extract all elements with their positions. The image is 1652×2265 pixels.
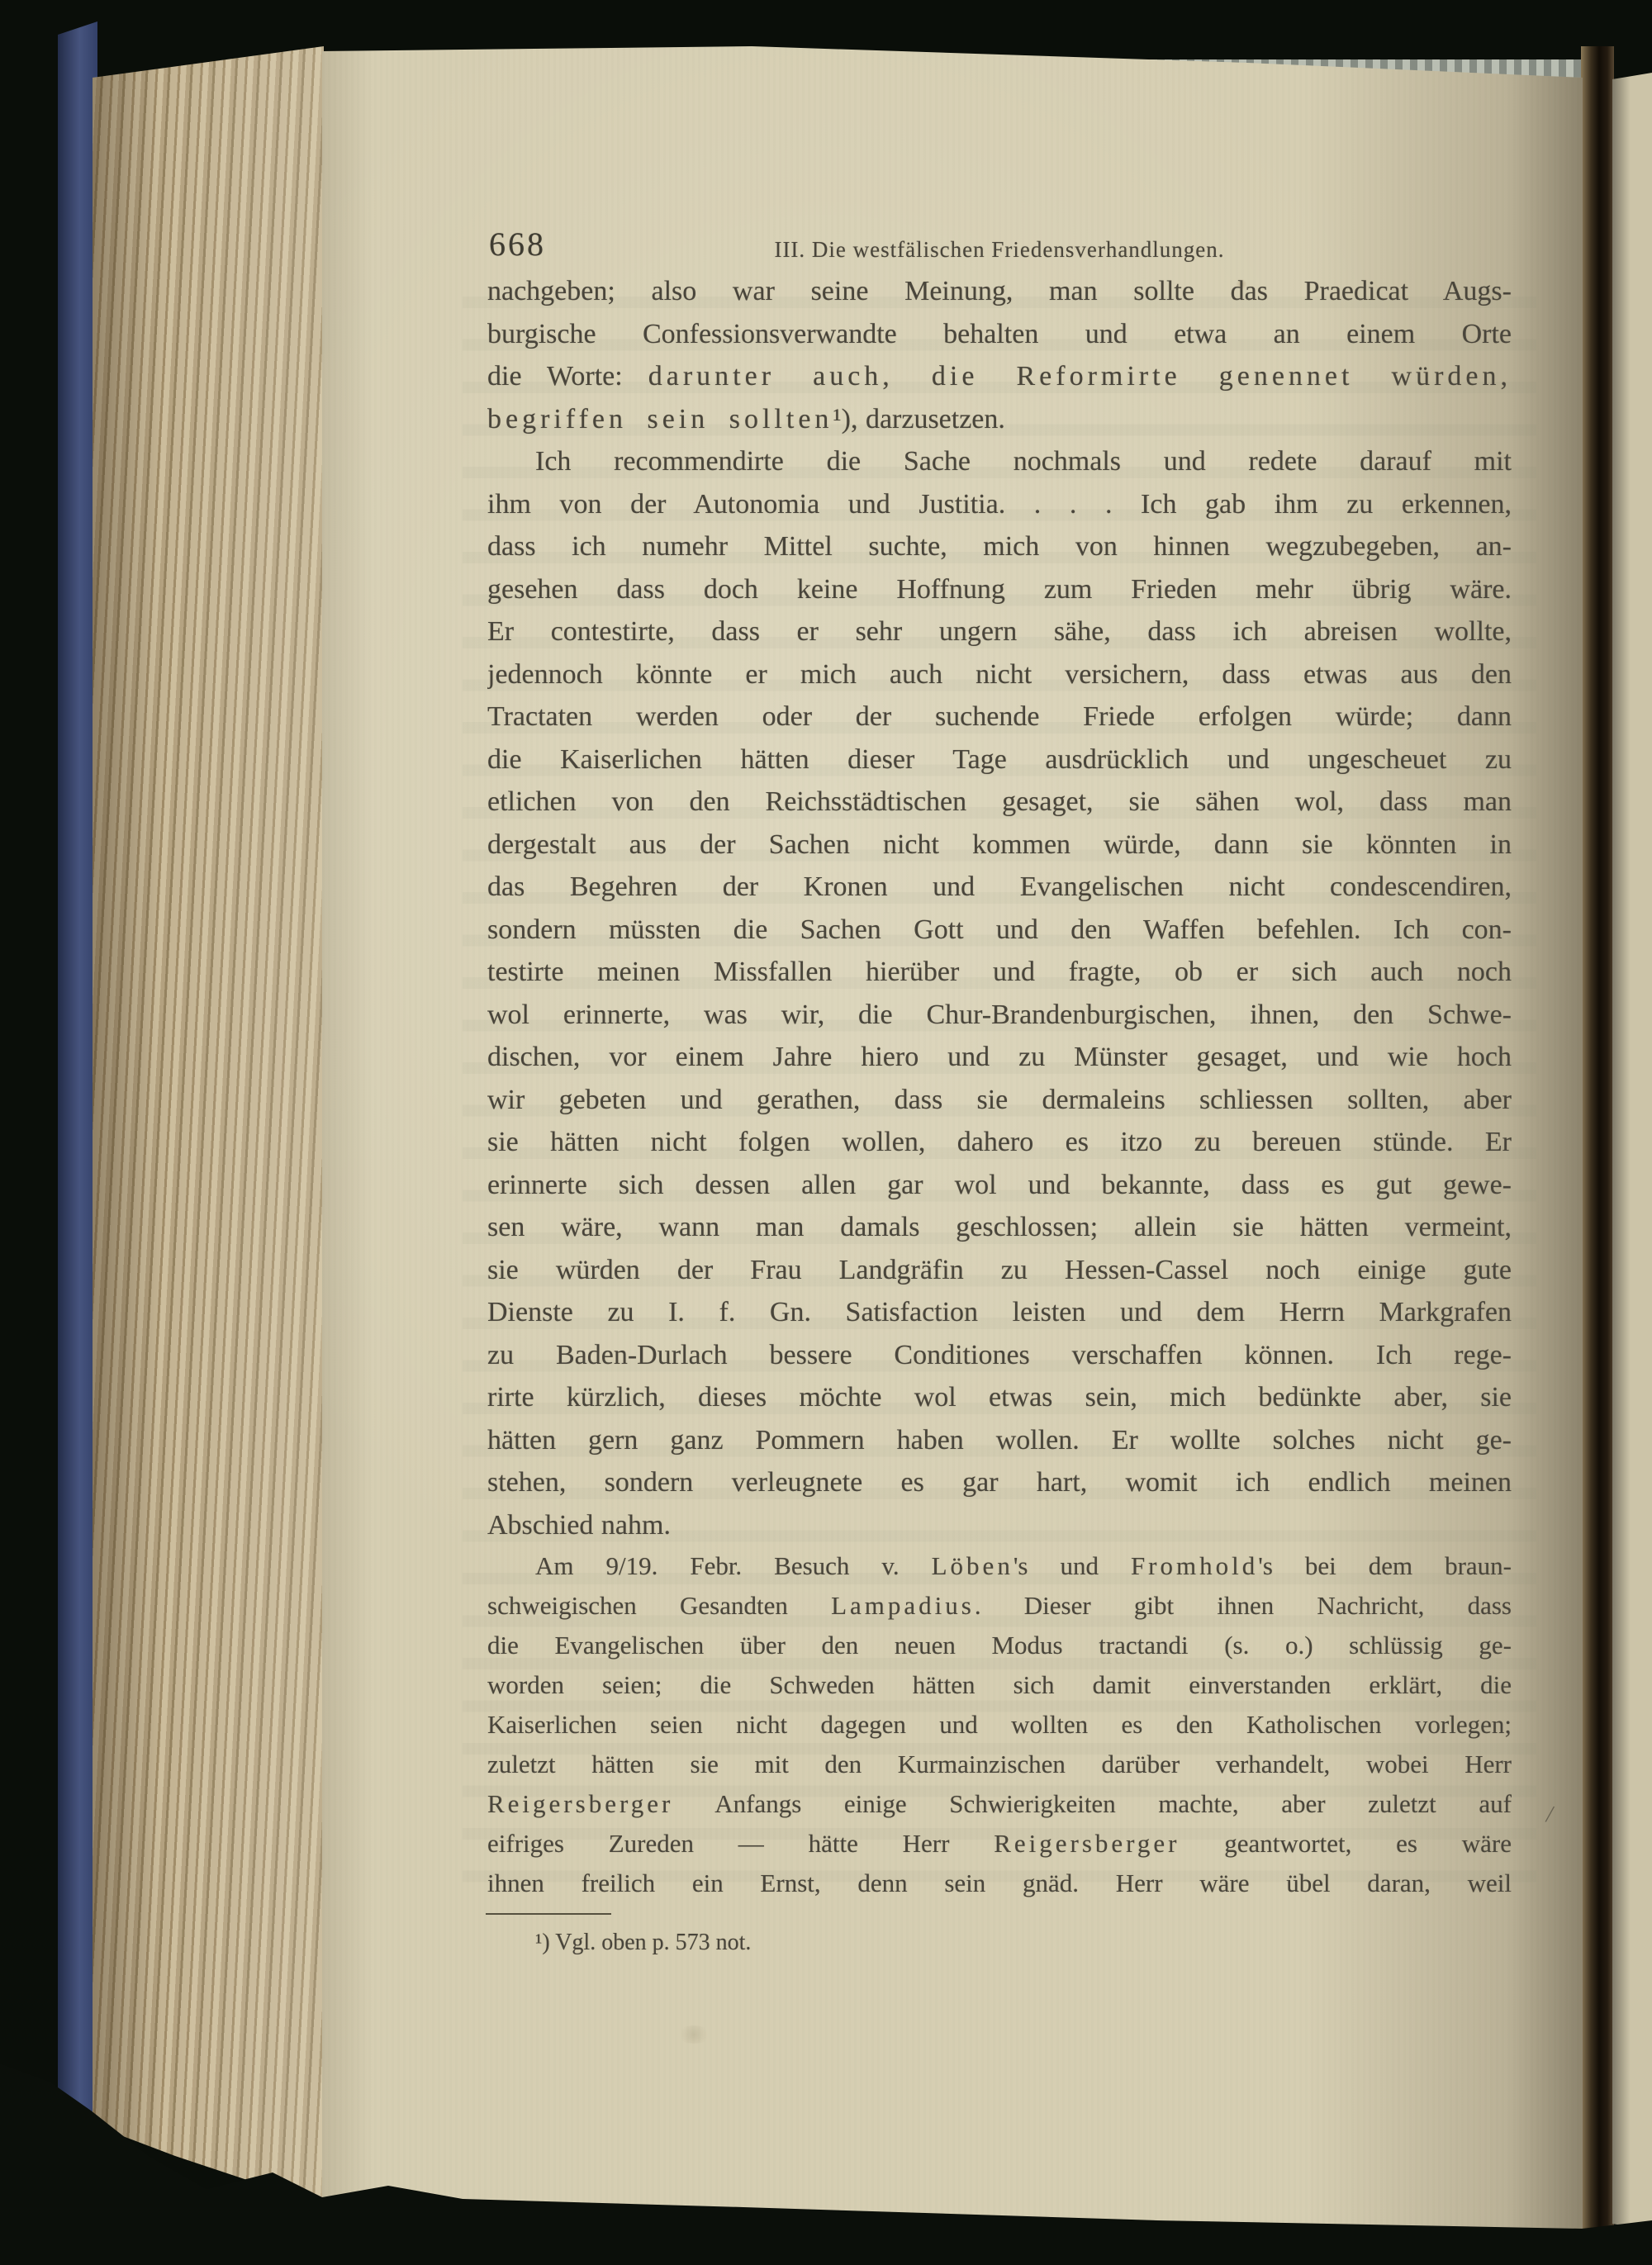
footnote: ¹) Vgl. oben p. 573 not.	[535, 1930, 751, 1956]
letterspaced-text: Reigersberger	[487, 1789, 673, 1818]
text-line: stehen, sondern verleugnete es gar hart,…	[487, 1461, 1512, 1504]
paragraph: nachgeben; also war seine Meinung, man s…	[487, 270, 1512, 440]
letterspaced-text: begriffen sein sollten	[487, 404, 833, 434]
text-segment: sen wäre, wann man damals geschlossen; a…	[487, 1212, 1512, 1242]
text-segment: jedennoch könnte er mich auch nicht vers…	[487, 659, 1512, 690]
letterspaced-text: Reigersberger	[994, 1829, 1180, 1858]
text-segment: hätten gern ganz Pommern haben wollen. E…	[487, 1425, 1512, 1455]
text-segment: gesehen dass doch keine Hoffnung zum Fri…	[487, 574, 1512, 605]
text-segment: wol erinnerte, was wir, die Chur-Branden…	[487, 1000, 1512, 1030]
text-line: rirte kürzlich, dieses möchte wol etwas …	[487, 1376, 1512, 1419]
text-segment: nachgeben; also war seine Meinung, man s…	[487, 276, 1512, 306]
text-line: Dienste zu I. f. Gn. Satisfaction leiste…	[487, 1291, 1512, 1334]
text-segment: sie hätten nicht folgen wollen, dahero e…	[487, 1127, 1512, 1157]
text-line: dischen, vor einem Jahre hiero und zu Mü…	[487, 1036, 1512, 1079]
text-segment: schweigischen Gesandten	[487, 1591, 831, 1620]
text-line: das Begehren der Kronen und Evangelische…	[487, 866, 1512, 909]
text-segment: geantwortet, es wäre	[1180, 1829, 1512, 1858]
text-segment: stehen, sondern verleugnete es gar hart,…	[487, 1467, 1512, 1498]
text-segment: 's bei dem braun-	[1258, 1551, 1512, 1580]
text-segment: zuletzt hätten sie mit den Kurmainzische…	[487, 1750, 1512, 1778]
text-segment: rirte kürzlich, dieses möchte wol etwas …	[487, 1382, 1512, 1413]
text-segment: ¹), darzusetzen.	[833, 404, 1004, 434]
text-line: testirte meinen Missfallen hierüber und …	[487, 951, 1512, 994]
text-segment: ihnen freilich ein Ernst, denn sein gnäd…	[487, 1869, 1512, 1897]
text-line: sen wäre, wann man damals geschlossen; a…	[487, 1206, 1512, 1249]
text-segment: Dienste zu I. f. Gn. Satisfaction leiste…	[487, 1297, 1512, 1327]
text-line: Am 9/19. Febr. Besuch v. Löben's und Fro…	[487, 1546, 1512, 1586]
text-segment: worden seien; die Schweden hätten sich d…	[487, 1670, 1512, 1699]
text-line: Abschied nahm.	[487, 1504, 1512, 1547]
text-line: Tractaten werden oder der suchende Fried…	[487, 696, 1512, 738]
text-line: sie hätten nicht folgen wollen, dahero e…	[487, 1121, 1512, 1164]
page-stack-edge	[93, 45, 324, 2209]
text-segment: das Begehren der Kronen und Evangelische…	[487, 871, 1512, 902]
letterspaced-text: Lampadius	[831, 1591, 975, 1620]
text-line: Reigersberger Anfangs einige Schwierigke…	[487, 1784, 1512, 1824]
text-segment: zu Baden-Durlach bessere Conditiones ver…	[487, 1340, 1512, 1370]
text-line: Er contestirte, dass er sehr ungern sähe…	[487, 610, 1512, 653]
text-line: worden seien; die Schweden hätten sich d…	[487, 1665, 1512, 1705]
letterspaced-text: Löben	[932, 1551, 1014, 1580]
text-segment: . Dieser gibt ihnen Nachricht, dass	[975, 1591, 1512, 1620]
text-segment: Er contestirte, dass er sehr ungern sähe…	[487, 616, 1512, 647]
text-segment: ihm von der Autonomia und Justitia. . . …	[487, 489, 1512, 520]
text-segment: testirte meinen Missfallen hierüber und …	[487, 957, 1512, 987]
text-line: wol erinnerte, was wir, die Chur-Branden…	[487, 994, 1512, 1037]
text-line: ihm von der Autonomia und Justitia. . . …	[487, 483, 1512, 526]
text-segment: die Evangelischen über den neuen Modus t…	[487, 1631, 1512, 1660]
text-line: dass ich numehr Mittel suchte, mich von …	[487, 525, 1512, 568]
paragraph: Ich recommendirte die Sache nochmals und…	[487, 440, 1512, 1546]
page-gutter-shadow	[1581, 46, 1614, 2244]
text-line: eifriges Zureden — hätte Herr Reigersber…	[487, 1824, 1512, 1864]
text-line: die Evangelischen über den neuen Modus t…	[487, 1626, 1512, 1665]
text-segment: eifriges Zureden — hätte Herr	[487, 1829, 994, 1858]
text-line: nachgeben; also war seine Meinung, man s…	[487, 270, 1512, 313]
text-segment: Anfangs einige Schwierigkeiten machte, a…	[673, 1789, 1512, 1818]
text-line: gesehen dass doch keine Hoffnung zum Fri…	[487, 568, 1512, 611]
text-segment: etlichen von den Reichsstädtischen gesag…	[487, 786, 1512, 817]
text-line: dergestalt aus der Sachen nicht kommen w…	[487, 824, 1512, 867]
text-segment: Ich recommendirte die Sache nochmals und…	[535, 446, 1512, 477]
text-segment: burgische Confessionsverwandte behalten …	[487, 319, 1512, 349]
text-line: erinnerte sich dessen allen gar wol und …	[487, 1164, 1512, 1207]
text-segment: dergestalt aus der Sachen nicht kommen w…	[487, 829, 1512, 860]
running-header: III. Die westfälischen Friedensverhandlu…	[487, 237, 1512, 263]
text-segment: Am 9/19. Febr. Besuch v.	[535, 1551, 932, 1580]
footnote-rule	[486, 1913, 611, 1915]
text-line: schweigischen Gesandten Lampadius. Diese…	[487, 1586, 1512, 1626]
text-segment: Kaiserlichen seien nicht dagegen und wol…	[487, 1710, 1512, 1739]
text-segment: sie würden der Frau Landgräfin zu Hessen…	[487, 1255, 1512, 1285]
text-segment: Abschied nahm.	[487, 1510, 671, 1541]
text-line: die Worte: darunter auch, die Reformirte…	[487, 355, 1512, 398]
text-line: Kaiserlichen seien nicht dagegen und wol…	[487, 1705, 1512, 1745]
paragraph: Am 9/19. Febr. Besuch v. Löben's und Fro…	[487, 1546, 1512, 1903]
text-line: sie würden der Frau Landgräfin zu Hessen…	[487, 1249, 1512, 1292]
text-line: die Kaiserlichen hätten dieser Tage ausd…	[487, 738, 1512, 781]
text-line: begriffen sein sollten¹), darzusetzen.	[487, 398, 1512, 441]
text-segment: sondern müssten die Sachen Gott und den …	[487, 914, 1512, 945]
next-page-edge	[1612, 73, 1652, 2230]
text-segment: dass ich numehr Mittel suchte, mich von …	[487, 531, 1512, 562]
text-segment: die Worte:	[487, 361, 648, 392]
text-line: Ich recommendirte die Sache nochmals und…	[487, 440, 1512, 483]
text-segment: die Kaiserlichen hätten dieser Tage ausd…	[487, 744, 1512, 775]
text-line: hätten gern ganz Pommern haben wollen. E…	[487, 1419, 1512, 1462]
text-line: wir gebeten und gerathen, dass sie derma…	[487, 1079, 1512, 1122]
text-line: sondern müssten die Sachen Gott und den …	[487, 909, 1512, 952]
text-line: etlichen von den Reichsstädtischen gesag…	[487, 781, 1512, 824]
letterspaced-text: darunter auch, die Reformirte genennet w…	[648, 361, 1512, 392]
book-scan: 668 III. Die westfälischen Friedensverha…	[0, 0, 1652, 2265]
paper-stain	[677, 2025, 710, 2044]
letterspaced-text: Fromhold	[1131, 1551, 1258, 1580]
text-segment: Tractaten werden oder der suchende Fried…	[487, 701, 1512, 732]
text-segment: dischen, vor einem Jahre hiero und zu Mü…	[487, 1042, 1512, 1072]
body-text: nachgeben; also war seine Meinung, man s…	[487, 270, 1512, 1903]
text-segment: 's und	[1014, 1551, 1131, 1580]
text-segment: erinnerte sich dessen allen gar wol und …	[487, 1170, 1512, 1200]
text-line: burgische Confessionsverwandte behalten …	[487, 313, 1512, 356]
book-cover-edge	[58, 21, 97, 2133]
text-segment: wir gebeten und gerathen, dass sie derma…	[487, 1085, 1512, 1115]
text-line: jedennoch könnte er mich auch nicht vers…	[487, 653, 1512, 696]
text-line: zuletzt hätten sie mit den Kurmainzische…	[487, 1745, 1512, 1784]
text-line: zu Baden-Durlach bessere Conditiones ver…	[487, 1334, 1512, 1377]
text-line: ihnen freilich ein Ernst, denn sein gnäd…	[487, 1864, 1512, 1903]
